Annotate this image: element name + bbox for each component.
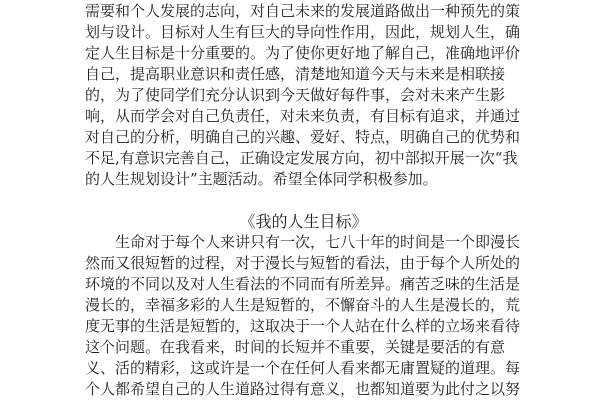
paragraph1-line: 不足,有意识完善自己，正确设定发展方向，初中部拟开展一次“我 — [85, 148, 522, 169]
paragraph1-line: 需要和个人发展的志向，对自己未来的发展道路做出一种预先的策 — [85, 1, 522, 22]
document-page: 需要和个人发展的志向，对自己未来的发展道路做出一种预先的策 划与设计。目标对人生… — [0, 0, 600, 400]
paragraph2-line: 漫长的，幸福多彩的人生是短暂的，不懈奋斗的人生是漫长的，荒 — [85, 295, 522, 316]
text-column: 需要和个人发展的志向，对自己未来的发展道路做出一种预先的策 划与设计。目标对人生… — [85, 1, 522, 400]
paragraph2-line: 个人都希望自己的人生道路过得有意义，也都知道要为此付之以努 — [85, 379, 522, 400]
paragraph2-line: 生命对于每个人来讲只有一次，七八十年的时间是一个即漫长 — [85, 232, 522, 253]
paragraph1-line: 自己，提高职业意识和责任感，清楚地知道今天与未来是相联接 — [85, 64, 522, 85]
paragraph1-line: 定人生目标是十分重要的。为了使你更好地了解自己，准确地评价 — [85, 43, 522, 64]
paragraph1-line: 的人生规划设计”主题活动。希望全体同学积极参加。 — [85, 169, 522, 190]
paragraph2-line: 义、活的精彩，这或许是一个在任何人看来都无庸置疑的道理。每 — [85, 358, 522, 379]
paragraph1-line: 响，从而学会对自己负责任，对未来负责，有目标有追求，并通过 — [85, 106, 522, 127]
paragraph2-line: 度无事的生活是短暂的，这取决于一个人站在什么样的立场来看待 — [85, 316, 522, 337]
paragraph1-line: 划与设计。目标对人生有巨大的导向性作用，因此，规划人生，确 — [85, 22, 522, 43]
blank-line — [85, 190, 522, 211]
paragraph1-line: 对自己的分析，明确自己的兴趣、爱好、特点，明确自己的优势和 — [85, 127, 522, 148]
paragraph2-line: 然而又很短暂的过程，对于漫长与短暂的看法，由于每个人所处的 — [85, 253, 522, 274]
paragraph1-line: 的，为了使同学们充分认识到今天做好每件事，会对未来产生影 — [85, 85, 522, 106]
paragraph2-line: 环境的不同以及对人生看法的不同而有所差异。痛苦乏味的生活是 — [85, 274, 522, 295]
section-title: 《我的人生目标》 — [85, 211, 522, 232]
paragraph2-line: 这个问题。在我看来，时间的长短并不重要，关键是要活的有意 — [85, 337, 522, 358]
